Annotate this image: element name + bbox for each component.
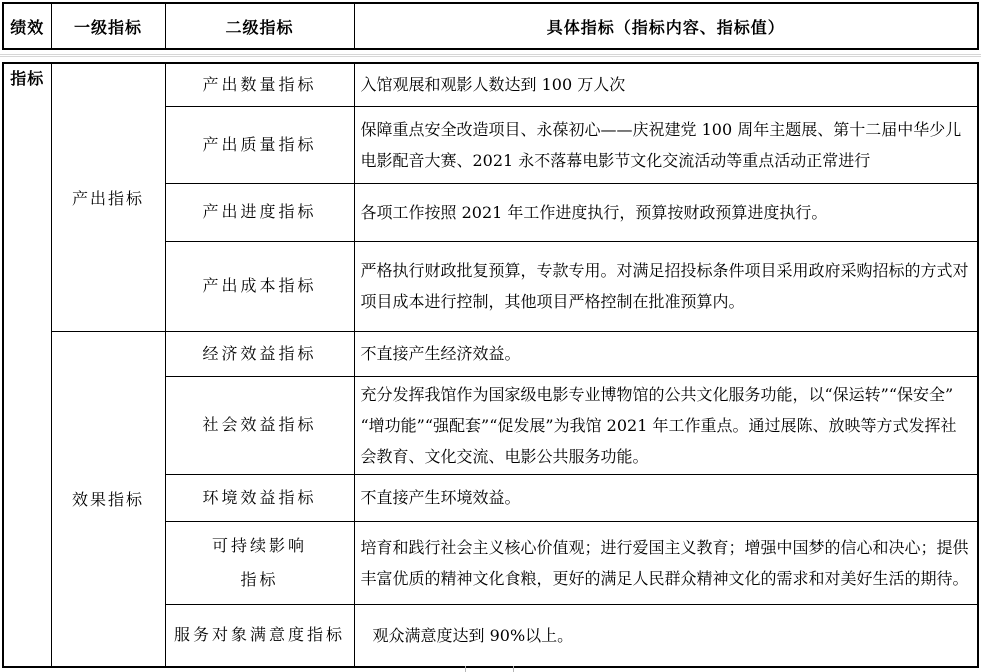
level2-output-quantity: 产出数量指标 <box>165 63 354 106</box>
next-table-border-stubs <box>0 665 981 672</box>
level1-output-indicator: 产出指标 <box>51 63 165 331</box>
level1-effect-indicator: 效果指标 <box>51 331 165 667</box>
row-label-indicator: 指标 <box>3 63 51 667</box>
detail-economic-benefit: 不直接产生经济效益。 <box>354 331 978 376</box>
performance-indicator-table-page: 绩效 一级指标 二级指标 具体指标（指标内容、指标值） 指标 产出指标 产出数量… <box>0 0 981 672</box>
table-section-gap <box>0 50 981 62</box>
level2-economic-benefit: 经济效益指标 <box>165 331 354 376</box>
level2-satisfaction: 服务对象满意度指标 <box>165 604 354 667</box>
gap-divider-line <box>0 54 981 57</box>
level2-output-cost: 产出成本指标 <box>165 241 354 331</box>
header-cell-level2: 二级指标 <box>165 3 354 49</box>
detail-output-progress: 各项工作按照 2021 年工作进度执行，预算按财政预算进度执行。 <box>354 183 978 241</box>
table-row: 指标 产出指标 产出数量指标 入馆观展和观影人数达到 100 万人次 <box>3 63 978 106</box>
table-row: 效果指标 经济效益指标 不直接产生经济效益。 <box>3 331 978 376</box>
level2-output-progress: 产出进度指标 <box>165 183 354 241</box>
detail-social-benefit: 充分发挥我馆作为国家级电影专业博物馆的公共文化服务功能，以“保运转”“保安全”“… <box>354 376 978 474</box>
level2-sustainable-impact: 可持续影响 指标 <box>165 521 354 604</box>
level2-environment-benefit: 环境效益指标 <box>165 474 354 521</box>
detail-sustainable-impact: 培育和践行社会主义核心价值观；进行爱国主义教育；增强中国梦的信心和决心；提供丰富… <box>354 521 978 604</box>
level2-output-quality: 产出质量指标 <box>165 106 354 183</box>
detail-environment-benefit: 不直接产生环境效益。 <box>354 474 978 521</box>
level2-social-benefit: 社会效益指标 <box>165 376 354 474</box>
detail-output-quantity: 入馆观展和观影人数达到 100 万人次 <box>354 63 978 106</box>
header-cell-performance: 绩效 <box>3 3 51 49</box>
detail-output-quality: 保障重点安全改造项目、永葆初心——庆祝建党 100 周年主题展、第十二届中华少儿… <box>354 106 978 183</box>
header-row: 绩效 一级指标 二级指标 具体指标（指标内容、指标值） <box>3 3 978 49</box>
header-cell-level1: 一级指标 <box>51 3 165 49</box>
header-table: 绩效 一级指标 二级指标 具体指标（指标内容、指标值） <box>2 2 979 50</box>
stub-line <box>513 666 514 672</box>
stub-line <box>465 666 466 672</box>
detail-satisfaction: 观众满意度达到 90%以上。 <box>354 604 978 667</box>
detail-output-cost: 严格执行财政批复预算，专款专用。对满足招投标条件项目采用政府采购招标的方式对项目… <box>354 241 978 331</box>
header-cell-specific: 具体指标（指标内容、指标值） <box>354 3 978 49</box>
body-table: 指标 产出指标 产出数量指标 入馆观展和观影人数达到 100 万人次 产出质量指… <box>2 62 979 668</box>
